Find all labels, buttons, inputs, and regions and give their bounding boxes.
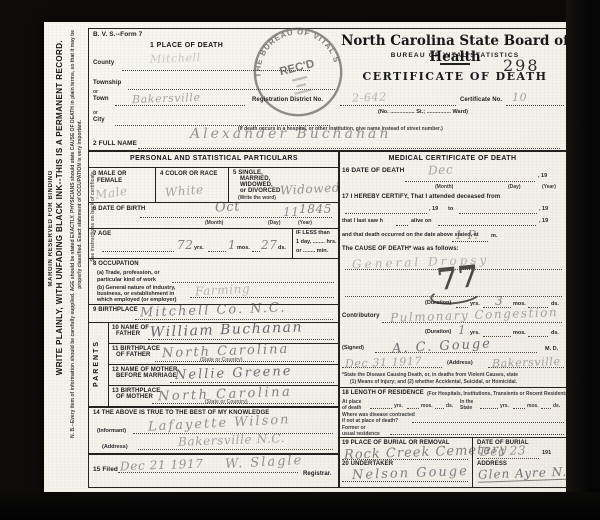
date-of-death-label: 16 DATE OF DEATH [342, 167, 404, 174]
undertaker-line [342, 480, 468, 482]
residence-mos-1: mos. [421, 403, 433, 409]
residence-yrs-2: yrs. [500, 403, 509, 409]
city-label: City [93, 117, 105, 123]
dod-month-sublabel: (Month) [435, 184, 453, 190]
certify-label: 17 I HEREBY CERTIFY, That I attended dec… [342, 194, 500, 200]
residence-label: 18 LENGTH OF RESIDENCE [342, 390, 424, 396]
md-label: M. D. [545, 346, 558, 352]
burial-date-line [477, 457, 539, 459]
death-certificate-scan: MARGIN RESERVED FOR BINDING WRITE PLAINL… [0, 0, 600, 520]
parents-group-label: PARENTS [93, 340, 100, 387]
rule-ifless-box [292, 228, 293, 258]
residence-where-line [412, 421, 564, 423]
sex-label-line1: 3 MALE OR [93, 171, 127, 177]
town-or-label: or [93, 89, 98, 95]
signed-line [375, 351, 537, 353]
dob-line [140, 216, 332, 218]
duration1-yrs-unit: yrs. [470, 301, 480, 307]
mother-name-label-line2: BEFORE MARRIAGE [116, 373, 177, 379]
full-name-label: 2 FULL NAME [93, 140, 137, 147]
county-label: County [93, 60, 114, 66]
mother-birthplace-label-line2: OF MOTHER [116, 394, 153, 400]
contributory-label: Contributory [342, 313, 380, 319]
residence-former-line [390, 433, 564, 435]
certify-from-line [345, 212, 427, 214]
page-number: 298 [503, 56, 540, 75]
duration2-yrs-unit: yrs. [470, 330, 480, 336]
certify-to-label: to [448, 206, 453, 212]
date-of-death-year-prefix: , 19 [538, 173, 547, 179]
sex-label-line2: FEMALE [97, 178, 122, 184]
certify-19-b: , 19 [539, 206, 548, 212]
date-of-death-line [405, 180, 535, 182]
rule-above-residence [338, 387, 567, 388]
title-divider [440, 63, 470, 65]
residence-instate-line2: State [460, 405, 472, 411]
age-line-3 [252, 250, 260, 252]
rule-row12 [108, 385, 338, 386]
alive-on-line [438, 224, 536, 226]
cause-footnote-line1: *State the Disease Causing Death, or, in… [342, 372, 518, 378]
last-saw-gap-line [396, 224, 408, 226]
physician-address-label: (Address) [447, 360, 473, 366]
age-years-value: 72 [177, 238, 193, 252]
ifless-line3: or ........ min. [296, 248, 328, 254]
ifless-line2: 1 day, ........ hrs. [296, 239, 337, 245]
informant-label: (Informant) [97, 428, 126, 434]
age-months-value: 1 [228, 238, 236, 252]
registration-district-line [340, 104, 456, 106]
marital-write-word-note: (Write the word) [238, 195, 276, 201]
dob-day-sublabel: (Day) [268, 220, 281, 226]
color-race-label: 4 COLOR OR RACE [160, 171, 218, 177]
place-of-death-section-label: 1 PLACE OF DEATH [150, 42, 223, 49]
duration2-mos-unit: mos. [513, 330, 526, 336]
scan-bottom-edge [0, 492, 600, 520]
medical-section-header: MEDICAL CERTIFICATE OF DEATH [338, 155, 567, 162]
father-name-label-line2: FATHER [116, 331, 140, 337]
father-name-line [148, 338, 334, 340]
residence-yrs-1: yrs. [394, 403, 403, 409]
margin-write-plainly-note: WRITE PLAINLY, WITH UNFADING BLACK INK--… [55, 40, 64, 375]
residence-atplace-line2: of death [342, 405, 361, 411]
occupation-a-line2: particular kind of work [97, 277, 156, 283]
residence-line-f [541, 407, 551, 409]
birthplace-label: 9 BIRTHPLACE [93, 307, 138, 313]
age-label: 7 AGE [93, 231, 111, 237]
residence-line-d [480, 407, 498, 409]
residence-line-c [435, 407, 444, 409]
margin-nb-note-line2: properly classified. Exact statement of … [77, 120, 83, 289]
death-hour-line [452, 240, 488, 242]
signed-label: (Signed) [342, 345, 364, 351]
age-line-1 [102, 250, 174, 252]
margin-nb-note-line1: N. B.--Every item of information should … [70, 30, 76, 438]
occupation-a-line1: (a) Trade, profession, or [97, 270, 160, 276]
form-number: B. V. S.--Form 7 [93, 31, 142, 38]
residence-line-e [513, 407, 525, 409]
margin-binding-note: MARGIN RESERVED FOR BINDING [48, 170, 54, 286]
informant-address-label: (Address) [102, 444, 128, 450]
dob-year-sublabel: (Year) [298, 220, 312, 226]
occupation-b-line3: which employed (or employer) [97, 297, 176, 303]
certify-19-a: , 19 [429, 206, 438, 212]
dob-month-sublabel: (Month) [205, 220, 223, 226]
rule-race-marital [228, 168, 229, 202]
personal-section-header: PERSONAL AND STATISTICAL PARTICULARS [90, 155, 338, 162]
registrar-label: Registrar. [303, 471, 332, 477]
duration2-label: (Duration) [425, 329, 451, 335]
dod-day-sublabel: (Day) [508, 184, 521, 190]
filed-label: 15 Filed [93, 466, 118, 473]
full-name-value: Alexander Buchanan [190, 126, 391, 142]
contributory-line [382, 321, 562, 323]
burial-place-line [342, 458, 468, 460]
rule-above-burial [338, 437, 567, 438]
age-ds-unit: ds. [278, 245, 286, 251]
duration2-line-c [528, 335, 548, 337]
certificate-no-label: Certificate No. [460, 97, 502, 103]
rule-sex-race [155, 168, 156, 202]
full-name-line [138, 147, 560, 149]
town-line [115, 104, 245, 106]
alive-on-label: alive on [411, 218, 431, 224]
age-days-value: 27 [261, 238, 277, 252]
duration2-ds-unit: ds. [551, 330, 559, 336]
rule-under-age [88, 258, 338, 259]
age-yrs-unit: yrs. [194, 245, 204, 251]
scan-right-edge [566, 0, 600, 520]
certificate-no-value: 10 [512, 91, 527, 104]
informant-address-line [138, 448, 333, 450]
birthplace-line [135, 318, 333, 320]
township-label: Township [93, 80, 121, 86]
rule-under-parents [88, 406, 338, 408]
residence-paren-note: (For Hospitals, Institutions, Transients… [427, 391, 570, 397]
town-label: Town [93, 96, 109, 102]
alive-19: , 19 [539, 218, 548, 224]
father-birthplace-line [155, 360, 334, 362]
cause-of-death-label: The CAUSE OF DEATH* was as follows: [342, 246, 459, 252]
registration-district-value: 2-642 [352, 90, 387, 104]
last-saw-label: that I last saw h [342, 218, 383, 224]
rule-top-of-columns [88, 150, 567, 152]
rule-row11 [108, 364, 338, 365]
county-line [122, 69, 310, 71]
dod-year-sublabel: (Year) [542, 184, 556, 190]
signed-date-line [342, 366, 442, 368]
duration2-years-value: 1 [458, 323, 466, 337]
residence-mos-2: mos. [527, 403, 539, 409]
burial-date-year-prefix: 191 [542, 450, 551, 456]
mother-name-line [170, 381, 334, 383]
physician-address-line [488, 366, 564, 368]
filed-line [118, 471, 298, 473]
certificate-no-line [506, 104, 564, 106]
occupation-label: 8 OCCUPATION [93, 261, 139, 267]
marital-label-line4: or DIVORCED [240, 188, 280, 194]
registration-district-label: Registration District No. [252, 97, 323, 103]
dob-label: 6 DATE OF BIRTH [93, 206, 145, 212]
rule-under-personal-header [88, 167, 338, 168]
residence-ds-1: ds. [446, 403, 453, 409]
rule-under-dob [88, 228, 338, 229]
father-birthplace-label-line2: OF FATHER [116, 352, 150, 358]
residence-ds-2: ds. [553, 403, 560, 409]
residence-line-b [407, 407, 419, 409]
cause-footnote-line2: (1) Means of Injury; and (2) whether Acc… [350, 379, 517, 385]
date-of-death-value: Dec [428, 162, 454, 177]
residence-where-line2: if not at place of death? [342, 418, 398, 424]
duration1-label: (Duration) [425, 300, 451, 306]
county-value: Mitchell [150, 51, 201, 66]
residence-line-a [370, 407, 392, 409]
age-line-2 [208, 250, 226, 252]
occupation-a-line [172, 281, 334, 283]
meridian-m-label: m. [491, 233, 497, 239]
dob-year-value: 1845 [299, 202, 332, 216]
township-line [128, 88, 335, 90]
ifless-line1: IF LESS than [296, 230, 330, 236]
certify-to-line [459, 212, 537, 214]
age-mos-unit: mos. [237, 245, 250, 251]
dob-month-value: Oct [215, 199, 241, 215]
city-or-label: or [93, 110, 98, 116]
occupation-b-line [190, 296, 334, 298]
mother-birthplace-line [152, 402, 334, 404]
street-ward-label: (No. ................ St.; .............… [378, 109, 468, 115]
